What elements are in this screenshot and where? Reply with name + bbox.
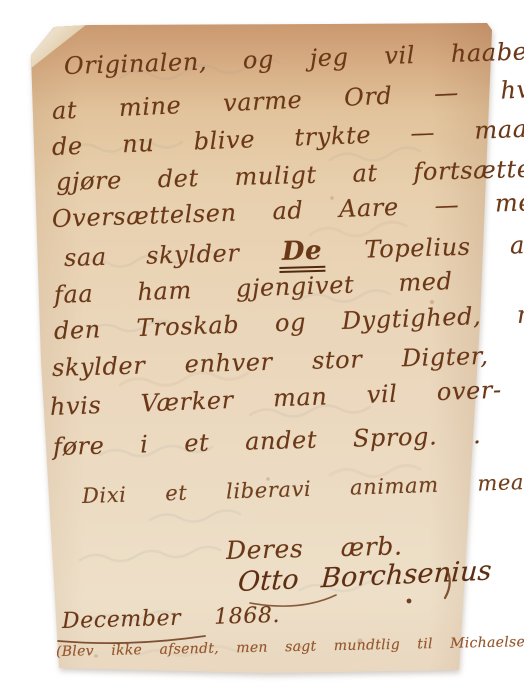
- paper-surface: [28, 21, 494, 675]
- letter-photo: Originalen, og jeg vil haabe, at mine va…: [0, 0, 524, 700]
- letter-paper: [28, 21, 494, 675]
- folded-corner: [31, 25, 87, 69]
